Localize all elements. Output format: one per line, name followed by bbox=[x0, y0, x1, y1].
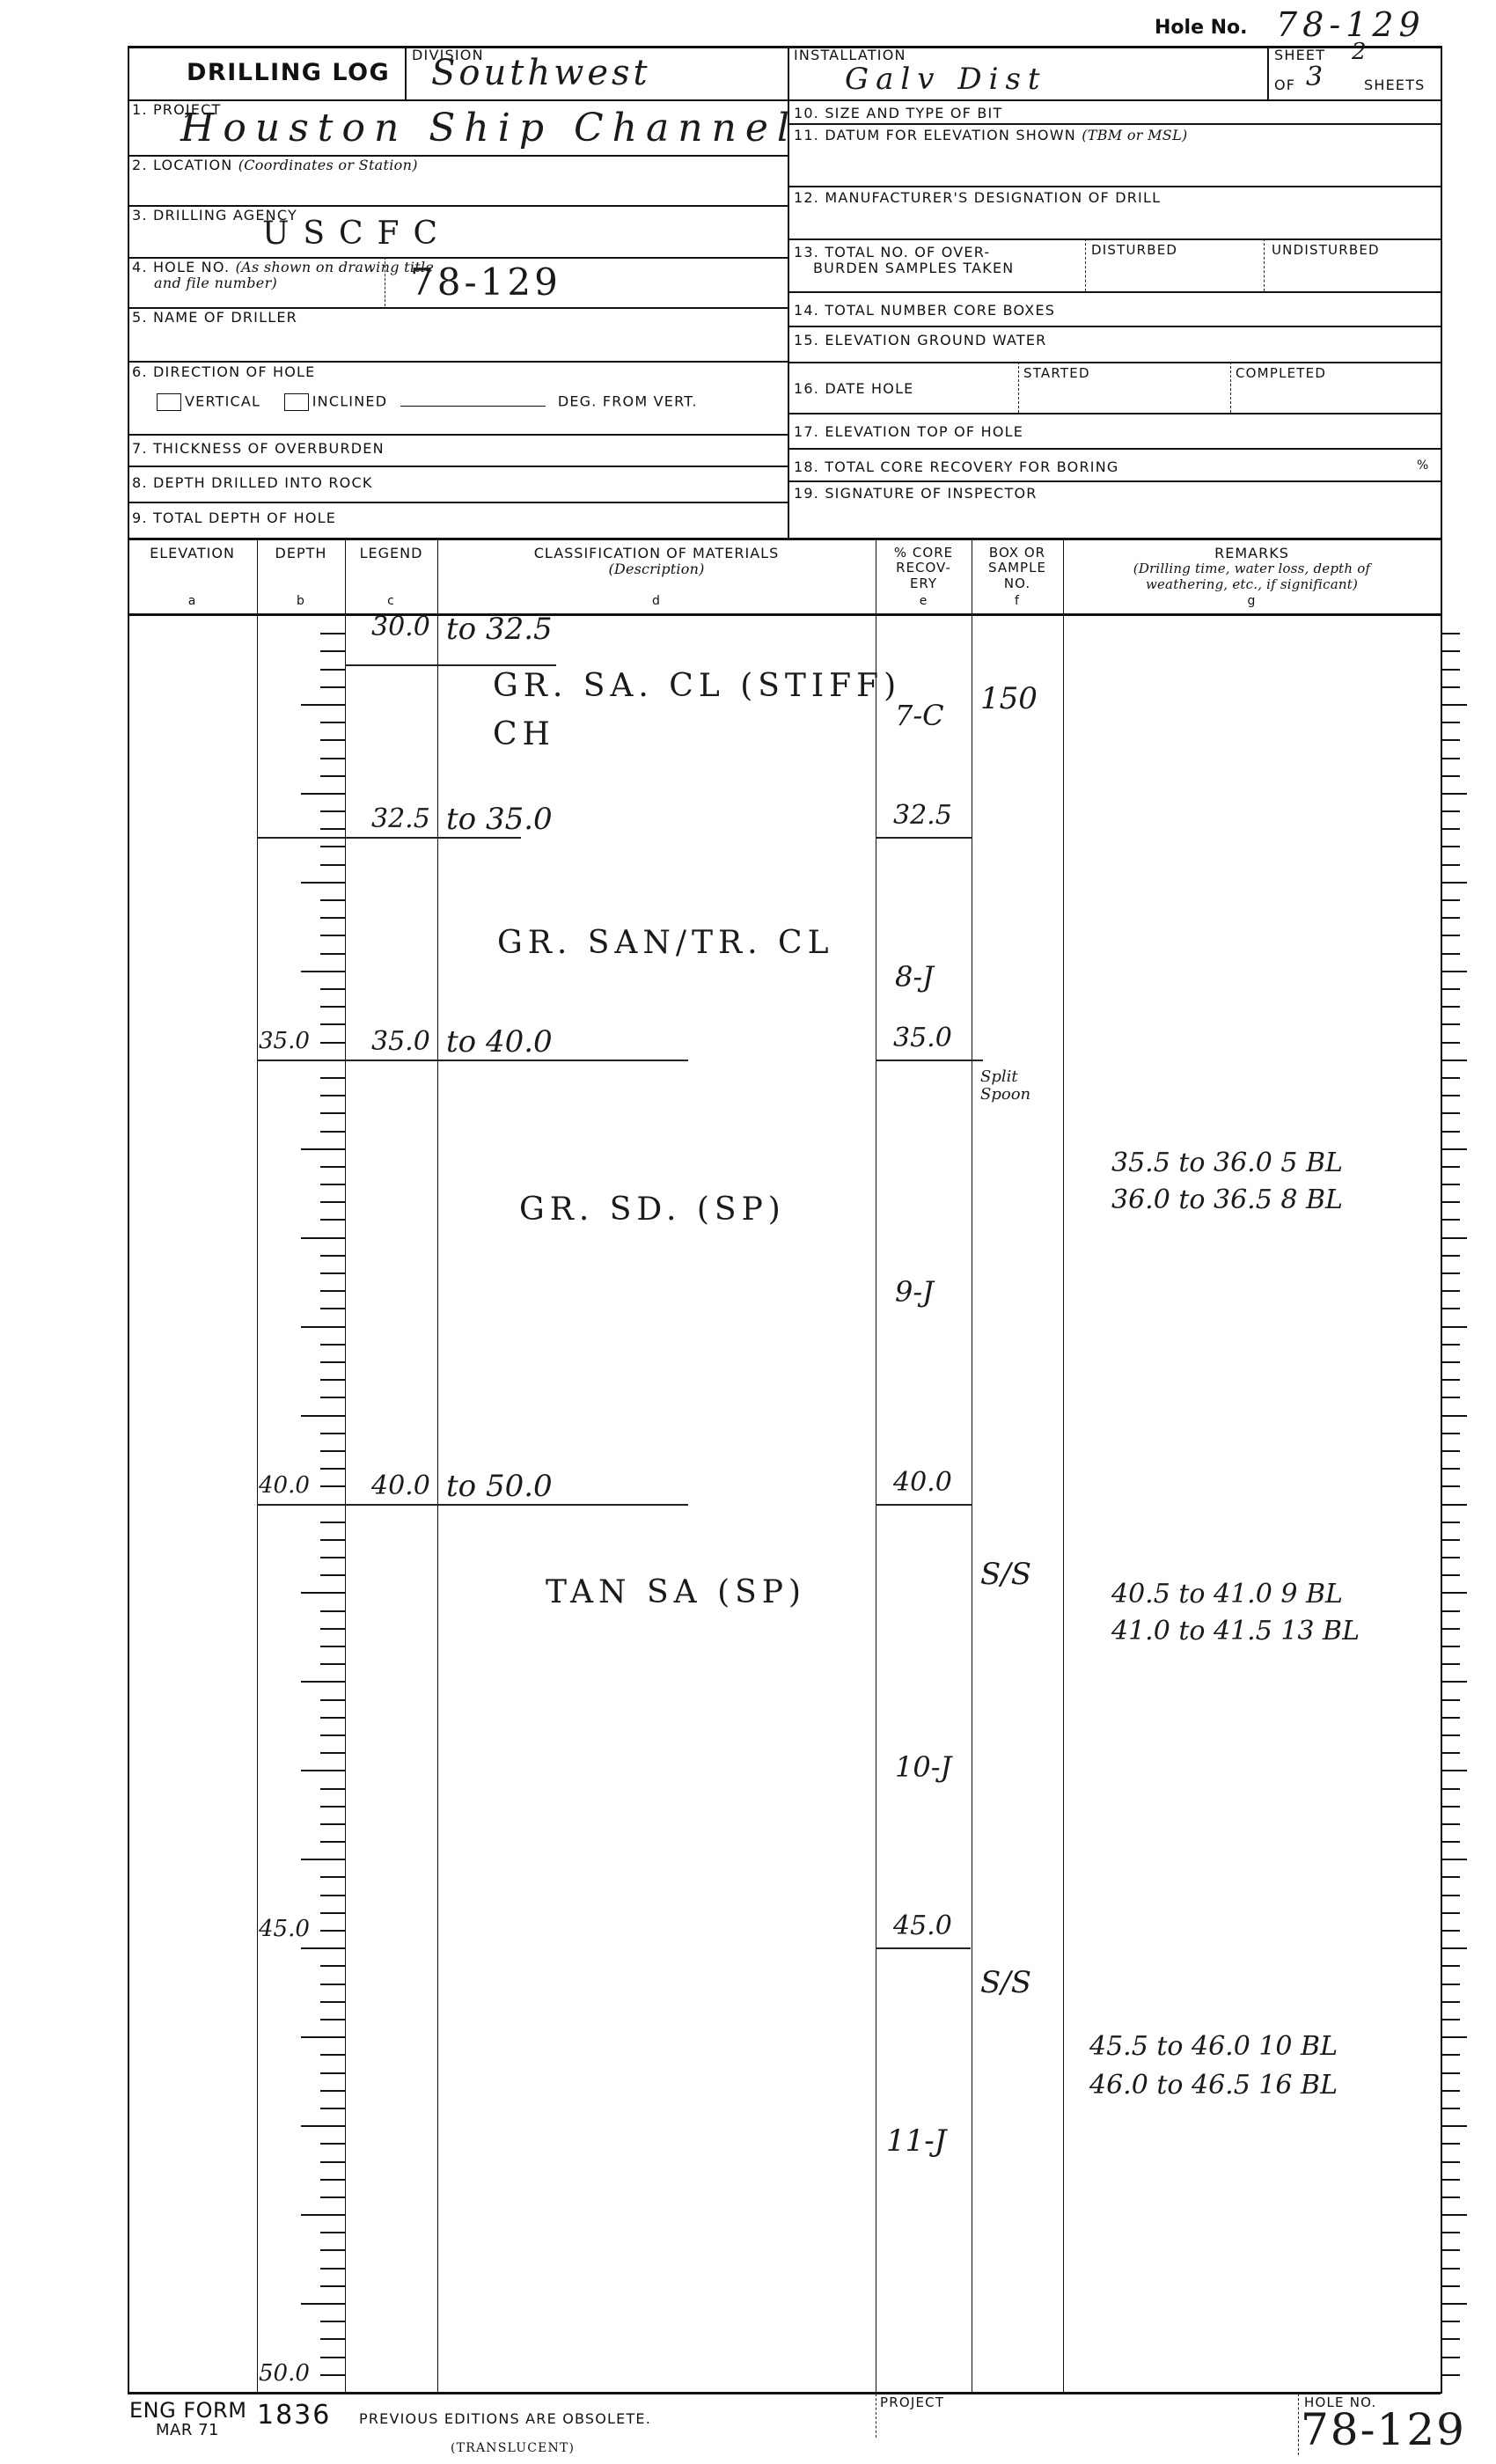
scale-tick bbox=[1441, 2249, 1460, 2251]
remark-line[interactable]: 36.0 to 36.5 8 BL bbox=[1111, 1184, 1343, 1215]
scale-tick bbox=[1441, 722, 1460, 723]
scale-tick bbox=[1441, 1308, 1460, 1309]
depth-tick bbox=[320, 1131, 345, 1133]
depth-tick bbox=[320, 758, 345, 759]
depth-tick bbox=[320, 2019, 345, 2020]
scale-tick bbox=[1441, 758, 1460, 759]
scale-tick bbox=[1441, 1112, 1460, 1114]
translucent-text: (TRANSLUCENT) bbox=[451, 2442, 575, 2455]
depth-tick bbox=[301, 971, 345, 972]
scale-tick bbox=[1441, 1077, 1460, 1079]
column-letter: f bbox=[972, 594, 1063, 608]
depth-tick bbox=[320, 1806, 345, 1808]
scale-tick bbox=[1441, 686, 1460, 688]
depth-tick bbox=[320, 917, 345, 919]
run-note[interactable]: 10-J bbox=[895, 1750, 951, 1784]
depth-tick bbox=[320, 669, 345, 671]
scale-tick bbox=[1441, 1806, 1460, 1808]
scale-tick bbox=[1441, 633, 1460, 634]
divider bbox=[128, 502, 788, 503]
depth-tick bbox=[320, 1450, 345, 1452]
hole-no-note-2: and file number) bbox=[154, 275, 277, 291]
depth-tick bbox=[320, 810, 345, 812]
scale-tick bbox=[1441, 988, 1460, 990]
scale-tick bbox=[1441, 1290, 1460, 1292]
depth-tick bbox=[320, 1397, 345, 1398]
material-description[interactable]: GR. SA. CL (STIFF) bbox=[493, 668, 901, 704]
depth-tick bbox=[320, 1628, 345, 1630]
depth-tick bbox=[320, 1308, 345, 1309]
core-recovery-value[interactable]: 32.5 bbox=[893, 800, 952, 831]
of-value[interactable]: 3 bbox=[1306, 62, 1323, 92]
scale-tick bbox=[1441, 2196, 1460, 2198]
deg-label: DEG. FROM VERT. bbox=[558, 393, 698, 410]
interval-range-from: 32.5 bbox=[371, 803, 430, 834]
depth-tick bbox=[320, 1272, 345, 1274]
divider bbox=[1230, 362, 1231, 413]
column-header-f: BOX OR SAMPLE NO. bbox=[972, 546, 1063, 591]
column-divider bbox=[1063, 615, 1064, 2392]
division-value[interactable]: Southwest bbox=[431, 53, 651, 93]
depth-tick bbox=[301, 1592, 345, 1594]
samples-label: 13. TOTAL NO. OF OVER- bbox=[794, 245, 990, 260]
depth-tick bbox=[320, 1841, 345, 1843]
depth-tick bbox=[320, 2249, 345, 2251]
depth-tick bbox=[320, 2179, 345, 2181]
scale-tick bbox=[1441, 2285, 1460, 2287]
scale-tick bbox=[1441, 899, 1460, 901]
core-boundary-line bbox=[876, 837, 972, 839]
scale-tick bbox=[1441, 2054, 1460, 2056]
remark-line[interactable]: 46.0 to 46.5 16 BL bbox=[1089, 2070, 1338, 2101]
scale-tick bbox=[1441, 810, 1460, 812]
project-value[interactable]: Houston Ship Channel bbox=[180, 106, 798, 150]
form-bottom-border bbox=[128, 2392, 1441, 2394]
divider bbox=[1267, 46, 1269, 100]
scale-tick bbox=[1441, 1522, 1460, 1523]
depth-tick bbox=[301, 1859, 345, 1860]
scale-tick bbox=[1441, 1361, 1460, 1363]
scale-tick bbox=[1441, 1574, 1460, 1576]
column-subtitle: (Description) bbox=[437, 561, 876, 577]
depth-tick bbox=[320, 1930, 345, 1932]
depth-tick bbox=[320, 775, 345, 777]
depth-tick bbox=[301, 2036, 345, 2038]
depth-tick bbox=[320, 864, 345, 866]
scale-tick bbox=[1441, 793, 1467, 795]
scale-tick bbox=[1441, 1628, 1460, 1630]
scale-tick bbox=[1441, 1485, 1460, 1487]
depth-rock-label: 8. DEPTH DRILLED INTO ROCK bbox=[132, 475, 373, 491]
scale-tick bbox=[1441, 2072, 1460, 2074]
interval-range-to: to 40.0 bbox=[446, 1024, 553, 1060]
scale-tick bbox=[1441, 1272, 1460, 1274]
depth-tick bbox=[301, 882, 345, 884]
depth-tick bbox=[320, 1042, 345, 1044]
scale-tick bbox=[1441, 1060, 1467, 1061]
scale-tick bbox=[1441, 1148, 1467, 1150]
run-note[interactable]: 7-C bbox=[895, 699, 944, 732]
driller-label: 5. NAME OF DRILLER bbox=[132, 310, 297, 326]
divider bbox=[128, 361, 788, 363]
interval-boundary-line bbox=[345, 664, 556, 666]
location-label-text: 2. LOCATION bbox=[132, 157, 232, 173]
depth-tick bbox=[320, 2108, 345, 2109]
scale-tick bbox=[1441, 2232, 1460, 2233]
footer-hole-no-value[interactable]: 78-129 bbox=[1301, 2404, 1466, 2455]
scale-tick bbox=[1441, 1788, 1460, 1790]
depth-tick bbox=[320, 2054, 345, 2056]
scale-tick bbox=[1441, 1859, 1467, 1860]
box-sample-no[interactable]: S/S bbox=[980, 1557, 1031, 1592]
sheet-value[interactable]: 2 bbox=[1352, 39, 1367, 65]
scale-tick bbox=[1441, 1592, 1467, 1594]
inclined-label: INCLINED bbox=[312, 393, 388, 410]
installation-value[interactable]: Galv Dist bbox=[845, 62, 1047, 97]
scale-tick bbox=[1441, 1895, 1460, 1896]
divider bbox=[788, 480, 1441, 482]
scale-tick bbox=[1441, 1681, 1467, 1683]
ground-water-label: 15. ELEVATION GROUND WATER bbox=[794, 333, 1046, 348]
form-title: DRILLING LOG bbox=[187, 60, 390, 86]
material-description[interactable]: GR. SAN/TR. CL bbox=[497, 925, 834, 961]
depth-tick bbox=[320, 1112, 345, 1114]
location-note: (Coordinates or Station) bbox=[238, 157, 418, 173]
depth-tick bbox=[320, 2001, 345, 2003]
scale-tick bbox=[1441, 1379, 1460, 1381]
depth-tick bbox=[320, 2285, 345, 2287]
depth-tick bbox=[320, 899, 345, 901]
installation-label: INSTALLATION bbox=[794, 48, 906, 63]
of-label: OF bbox=[1274, 77, 1295, 93]
scale-tick bbox=[1441, 2214, 1467, 2216]
scale-tick bbox=[1441, 1965, 1460, 1967]
total-depth-label: 9. TOTAL DEPTH OF HOLE bbox=[132, 510, 336, 526]
depth-tick bbox=[320, 1876, 345, 1878]
scale-tick bbox=[1441, 1344, 1460, 1346]
divider bbox=[788, 238, 1441, 240]
depth-tick bbox=[301, 1237, 345, 1239]
hole-no-note: (As shown on drawing title bbox=[236, 259, 435, 275]
scale-tick bbox=[1441, 1219, 1460, 1221]
mfr-label: 12. MANUFACTURER'S DESIGNATION OF DRILL bbox=[794, 190, 1161, 206]
interval-boundary-line bbox=[257, 1060, 688, 1061]
inclined-checkbox[interactable] bbox=[284, 393, 309, 411]
divider bbox=[1018, 362, 1019, 413]
scale-tick bbox=[1441, 1042, 1460, 1044]
date-label: 16. DATE HOLE bbox=[794, 381, 914, 397]
depth-tick bbox=[320, 1468, 345, 1470]
interval-range-from: 30.0 bbox=[371, 612, 430, 642]
vertical-label: VERTICAL bbox=[185, 393, 260, 410]
depth-tick bbox=[301, 1148, 345, 1150]
column-title: LEGEND bbox=[345, 546, 437, 561]
scale-tick bbox=[1441, 2268, 1460, 2270]
depth-tick bbox=[320, 739, 345, 741]
scale-tick bbox=[1441, 2374, 1460, 2376]
scale-tick bbox=[1441, 2357, 1460, 2358]
scale-tick bbox=[1441, 2001, 1460, 2003]
column-letter: a bbox=[128, 594, 257, 608]
core-recovery-value[interactable]: 45.0 bbox=[893, 1910, 952, 1941]
form-label: ENG FORM bbox=[129, 2399, 246, 2422]
scale-tick bbox=[1441, 1876, 1460, 1878]
box-sample-no[interactable]: S/S bbox=[980, 1965, 1031, 2000]
column-title: % CORE RECOV-ERY bbox=[883, 546, 965, 591]
box-sample-no[interactable]: 150 bbox=[980, 681, 1038, 716]
depth-tick bbox=[320, 1344, 345, 1346]
scale-tick bbox=[1441, 2108, 1460, 2109]
elev-top-label: 17. ELEVATION TOP OF HOLE bbox=[794, 424, 1023, 440]
datum-note: (TBM or MSL) bbox=[1082, 127, 1187, 143]
agency-value[interactable]: USCFC bbox=[262, 216, 451, 252]
core-recovery-value[interactable]: 40.0 bbox=[893, 1467, 952, 1498]
scale-tick bbox=[1441, 1468, 1460, 1470]
depth-tick bbox=[320, 1984, 345, 1985]
column-header-e: % CORE RECOV-ERY bbox=[876, 546, 972, 591]
depth-tick bbox=[320, 953, 345, 955]
material-description[interactable]: CH bbox=[493, 716, 555, 752]
column-letter: d bbox=[437, 594, 876, 608]
depth-tick bbox=[320, 1433, 345, 1434]
datum-label: 11. DATUM FOR ELEVATION SHOWN (TBM or MS… bbox=[794, 128, 1188, 143]
depth-tick bbox=[320, 935, 345, 936]
depth-tick bbox=[301, 1326, 345, 1328]
thickness-label: 7. THICKNESS OF OVERBURDEN bbox=[132, 441, 385, 457]
depth-tick bbox=[320, 1095, 345, 1096]
elevation-mark: 45.0 bbox=[259, 1916, 310, 1942]
scale-tick bbox=[1441, 971, 1467, 972]
core-recovery-unit: % bbox=[1417, 459, 1430, 473]
column-title: BOX OR SAMPLE NO. bbox=[976, 546, 1059, 591]
divider bbox=[788, 291, 1441, 293]
divider bbox=[128, 99, 1441, 101]
depth-tick bbox=[320, 2374, 345, 2376]
scale-tick bbox=[1441, 2019, 1460, 2020]
depth-tick bbox=[320, 1290, 345, 1292]
scale-tick bbox=[1441, 2125, 1467, 2127]
scale-tick bbox=[1441, 1023, 1460, 1025]
depth-tick bbox=[320, 1184, 345, 1185]
divider bbox=[405, 46, 407, 100]
samples-label-2: BURDEN SAMPLES TAKEN bbox=[813, 260, 1014, 276]
depth-tick bbox=[320, 1965, 345, 1967]
inspector-label: 19. SIGNATURE OF INSPECTOR bbox=[794, 486, 1038, 502]
interval-boundary-line bbox=[257, 837, 521, 839]
hole-no-value[interactable]: 78-129 bbox=[410, 260, 561, 304]
material-description[interactable]: GR. SD. (SP) bbox=[519, 1192, 786, 1228]
column-letter: c bbox=[345, 594, 437, 608]
scale-tick bbox=[1441, 1646, 1460, 1647]
interval-boundary-line bbox=[257, 1504, 688, 1506]
column-header-a: ELEVATION bbox=[128, 546, 257, 561]
core-boxes-label: 14. TOTAL NUMBER CORE BOXES bbox=[794, 303, 1055, 319]
depth-tick bbox=[320, 1663, 345, 1665]
depth-tick bbox=[320, 2143, 345, 2145]
interval-range-to: to 32.5 bbox=[446, 612, 553, 647]
depth-tick bbox=[320, 1912, 345, 1914]
depth-tick bbox=[320, 686, 345, 688]
form-left-border bbox=[128, 46, 129, 2394]
scale-tick bbox=[1441, 864, 1460, 866]
depth-tick bbox=[320, 1023, 345, 1025]
depth-tick bbox=[320, 1219, 345, 1221]
form-number: 1836 bbox=[257, 2401, 331, 2430]
divider bbox=[788, 413, 1441, 414]
column-letter: g bbox=[1063, 594, 1441, 608]
scale-tick bbox=[1441, 846, 1460, 847]
scale-tick bbox=[1441, 1450, 1460, 1452]
scale-tick bbox=[1441, 775, 1460, 777]
divider bbox=[788, 326, 1441, 327]
degrees-input[interactable] bbox=[400, 406, 546, 407]
scale-tick bbox=[1441, 828, 1460, 830]
bit-label: 10. SIZE AND TYPE OF BIT bbox=[794, 106, 1002, 121]
depth-tick bbox=[320, 1255, 345, 1257]
sheet-label: SHEET bbox=[1274, 48, 1325, 63]
scale-tick bbox=[1441, 2303, 1467, 2305]
column-title: REMARKS bbox=[1063, 546, 1441, 561]
scale-tick bbox=[1441, 1539, 1460, 1541]
divider bbox=[788, 186, 1441, 187]
scale-tick bbox=[1441, 882, 1467, 884]
scale-tick bbox=[1441, 2036, 1467, 2038]
scale-tick bbox=[1441, 1504, 1467, 1506]
scale-tick bbox=[1441, 2143, 1460, 2145]
depth-tick bbox=[320, 1485, 345, 1487]
depth-tick bbox=[320, 1379, 345, 1381]
scale-tick bbox=[1441, 669, 1460, 671]
footer-project-label: PROJECT bbox=[880, 2395, 944, 2410]
interval-range-to: to 35.0 bbox=[446, 802, 553, 837]
depth-tick bbox=[320, 2072, 345, 2074]
depth-tick bbox=[320, 1823, 345, 1825]
depth-tick bbox=[320, 1574, 345, 1576]
divider bbox=[385, 257, 385, 306]
depth-tick bbox=[320, 1610, 345, 1612]
depth-tick bbox=[320, 1201, 345, 1203]
scale-tick bbox=[1441, 935, 1460, 936]
hole-no-note-text: and file number) bbox=[154, 275, 277, 291]
remark-line[interactable]: 41.0 to 41.5 13 BL bbox=[1111, 1616, 1360, 1646]
run-note[interactable]: 8-J bbox=[895, 960, 934, 994]
depth-tick bbox=[320, 2357, 345, 2358]
scale-tick bbox=[1441, 1237, 1467, 1239]
column-title: CLASSIFICATION OF MATERIALS bbox=[437, 546, 876, 561]
scale-tick bbox=[1441, 2338, 1460, 2340]
remark-line[interactable]: 40.5 to 41.0 9 BL bbox=[1111, 1579, 1343, 1610]
depth-tick bbox=[320, 1734, 345, 1736]
divider bbox=[876, 2394, 876, 2438]
depth-tick bbox=[320, 988, 345, 990]
depth-tick bbox=[301, 2125, 345, 2127]
remark-line[interactable]: 45.5 to 46.0 10 BL bbox=[1089, 2031, 1338, 2062]
hole-no-top-label: Hole No. bbox=[1155, 18, 1248, 39]
divider bbox=[1085, 238, 1086, 291]
depth-tick bbox=[320, 1699, 345, 1701]
run-note[interactable]: 9-J bbox=[895, 1275, 934, 1309]
scale-tick bbox=[1441, 917, 1460, 919]
scale-tick bbox=[1441, 1433, 1460, 1434]
form-date: MAR 71 bbox=[156, 2422, 219, 2439]
divider bbox=[128, 466, 788, 467]
interval-range-from: 40.0 bbox=[371, 1470, 430, 1501]
scale-tick bbox=[1441, 1930, 1460, 1932]
depth-tick bbox=[320, 1788, 345, 1790]
depth-tick bbox=[320, 1361, 345, 1363]
depth-tick bbox=[320, 2090, 345, 2092]
scale-tick bbox=[1441, 1415, 1467, 1417]
core-recovery-label: 18. TOTAL CORE RECOVERY FOR BORING bbox=[794, 459, 1118, 475]
scale-tick bbox=[1441, 1984, 1460, 1985]
direction-options: VERTICAL INCLINED DEG. FROM VERT. bbox=[157, 393, 698, 411]
depth-tick bbox=[301, 2303, 345, 2305]
depth-tick bbox=[320, 828, 345, 830]
column-title: ELEVATION bbox=[128, 546, 257, 561]
remark-line[interactable]: 35.5 to 36.0 5 BL bbox=[1111, 1148, 1343, 1178]
hole-no-top-value: 78-129 bbox=[1276, 5, 1426, 44]
core-boundary-line bbox=[876, 1504, 972, 1506]
core-boundary-line bbox=[876, 1947, 971, 1949]
divider bbox=[1264, 238, 1265, 291]
depth-tick bbox=[301, 1415, 345, 1417]
scale-tick bbox=[1441, 650, 1460, 652]
depth-tick bbox=[320, 1539, 345, 1541]
sheets-label: SHEETS bbox=[1364, 77, 1426, 93]
scale-tick bbox=[1441, 1557, 1460, 1558]
material-description[interactable]: TAN SA (SP) bbox=[546, 1574, 806, 1610]
column-header-g: REMARKS(Drilling time, water loss, depth… bbox=[1063, 546, 1441, 592]
divider bbox=[1298, 2394, 1299, 2455]
depth-tick bbox=[320, 1895, 345, 1896]
hole-no-label: 4. HOLE NO. (As shown on drawing title bbox=[132, 260, 434, 275]
run-note[interactable]: 11-J bbox=[886, 2123, 946, 2159]
divider bbox=[128, 434, 788, 436]
scale-tick bbox=[1441, 1734, 1460, 1736]
vertical-checkbox[interactable] bbox=[157, 393, 181, 411]
form-top-border bbox=[128, 46, 1441, 48]
direction-label: 6. DIRECTION OF HOLE bbox=[132, 364, 315, 380]
header-bottom-border bbox=[128, 613, 1441, 616]
divider bbox=[788, 448, 1441, 450]
scale-tick bbox=[1441, 1752, 1460, 1754]
depth-tick bbox=[320, 846, 345, 847]
column-letter: e bbox=[876, 594, 972, 608]
scale-tick bbox=[1441, 1397, 1460, 1398]
depth-tick bbox=[320, 1646, 345, 1647]
depth-tick bbox=[301, 2214, 345, 2216]
depth-tick bbox=[320, 650, 345, 652]
depth-tick bbox=[320, 2161, 345, 2163]
hole-no-label-text: 4. HOLE NO. bbox=[132, 259, 230, 275]
box-sample-no[interactable]: Split Spoon bbox=[980, 1068, 1042, 1104]
depth-tick bbox=[320, 1717, 345, 1719]
started-label: STARTED bbox=[1023, 366, 1090, 381]
obsolete-text: PREVIOUS EDITIONS ARE OBSOLETE. bbox=[359, 2411, 651, 2427]
datum-label-text: 11. DATUM FOR ELEVATION SHOWN bbox=[794, 127, 1076, 143]
interval-range-from: 35.0 bbox=[371, 1026, 430, 1057]
core-recovery-value[interactable]: 35.0 bbox=[893, 1023, 952, 1053]
depth-tick bbox=[320, 2268, 345, 2270]
location-label: 2. LOCATION (Coordinates or Station) bbox=[132, 158, 418, 173]
scale-tick bbox=[1441, 739, 1460, 741]
depth-tick bbox=[320, 2196, 345, 2198]
column-letter: b bbox=[257, 594, 345, 608]
depth-tick bbox=[320, 1522, 345, 1523]
divider bbox=[788, 123, 1441, 125]
core-boundary-line bbox=[876, 1060, 983, 1061]
scale-tick bbox=[1441, 1823, 1460, 1825]
